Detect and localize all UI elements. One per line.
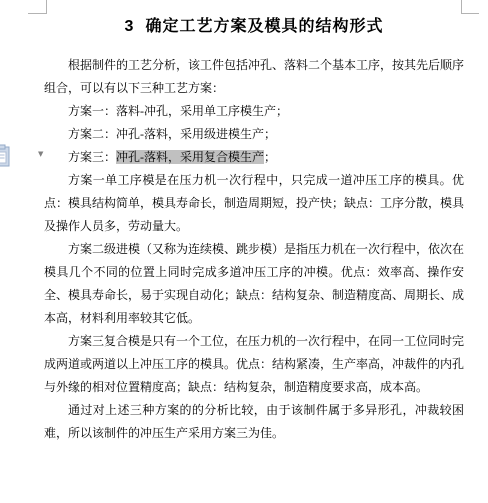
- section-number: 3: [125, 18, 134, 35]
- section-heading: 3确定工艺方案及模具的结构形式: [44, 14, 464, 40]
- section-title-text: 确定工艺方案及模具的结构形式: [145, 18, 383, 35]
- dropdown-arrow-icon[interactable]: ▼: [38, 151, 43, 158]
- paragraph-plan2: 方案二：冲孔-落料，采用级进模生产；: [44, 123, 464, 146]
- paragraph-plan1-detail: 方案一单工序模是在压力机一次行程中，只完成一道冲压工序的模具。优点：模具结构简单…: [44, 169, 464, 238]
- paragraph-plan3: 方案三：冲孔-落料，采用复合模生产；: [44, 146, 464, 169]
- paragraph-plan2-detail: 方案二级进模（又称为连续模、跳步模）是指压力机在一次行程中，依次在模具几个不同的…: [44, 238, 464, 330]
- text-boundary-mark-right: [461, 0, 479, 14]
- document-body: 根据制件的工艺分析，该工件包括冲孔、落料二个基本工序，按其先后顺序组合，可以有以…: [44, 54, 464, 445]
- document-page: ▼ 3确定工艺方案及模具的结构形式 根据制件的工艺分析，该工件包括冲孔、落料二个…: [0, 0, 488, 503]
- plan3-prefix: 方案三：: [68, 150, 116, 164]
- highlighted-text: 冲孔-落料，采用复合模生产: [116, 150, 264, 164]
- paragraph-plan1: 方案一：落料-冲孔，采用单工序模生产；: [44, 100, 464, 123]
- paragraph-intro: 根据制件的工艺分析，该工件包括冲孔、落料二个基本工序，按其先后顺序组合，可以有以…: [44, 54, 464, 100]
- text-boundary-mark-left: [28, 0, 47, 14]
- paragraph-conclusion: 通过对上述三种方案的的分析比较，由于该制件属于多异形孔，冲裁较困难，所以该制件的…: [44, 399, 464, 445]
- plan3-suffix: ；: [264, 150, 276, 164]
- document-text-area: 3确定工艺方案及模具的结构形式 根据制件的工艺分析，该工件包括冲孔、落料二个基本…: [44, 14, 464, 445]
- paragraph-plan3-detail: 方案三复合模是只有一个工位，在压力机的一次行程中，在同一工位同时完成两道或两道以…: [44, 330, 464, 399]
